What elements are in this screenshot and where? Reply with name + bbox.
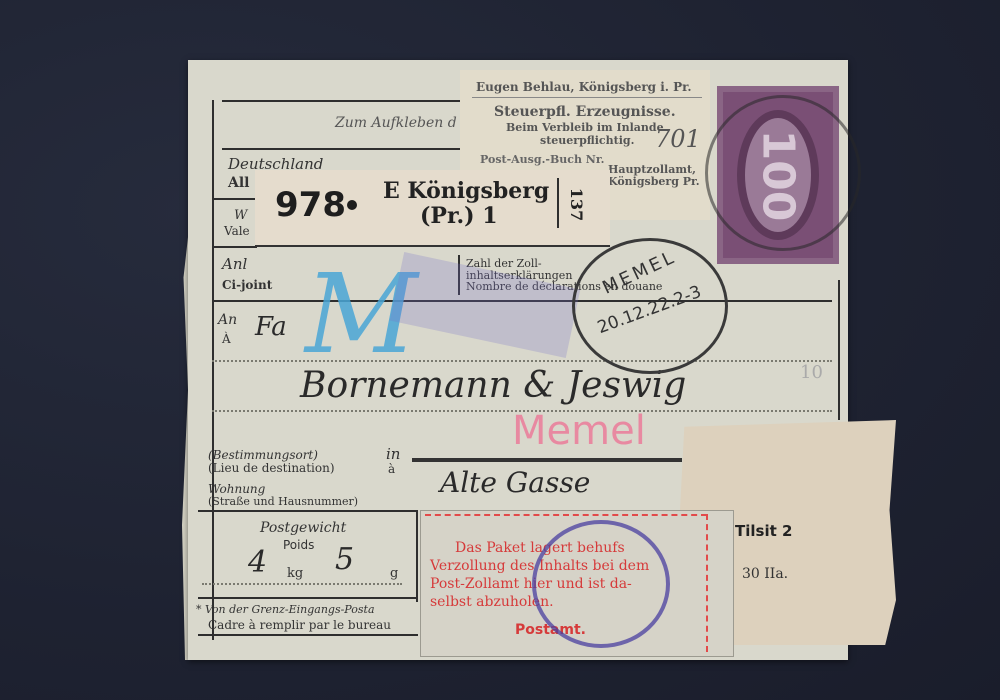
side-number: 10	[800, 362, 823, 383]
parcel-number: 978	[275, 185, 346, 225]
weight-label-de: Postgewicht	[260, 520, 346, 536]
sender-line2: steuerpflichtig.	[540, 134, 634, 147]
dashed-border	[425, 514, 707, 516]
enclosure-label-fr: Ci-joint	[222, 278, 272, 292]
addressee-label-fr: À	[222, 332, 231, 346]
footer-de: * Von der Grenz-Eingangs-Posta	[196, 603, 375, 616]
g-unit: g	[390, 566, 398, 581]
form-left-border	[212, 100, 214, 640]
kg-unit: kg	[287, 566, 303, 581]
memel-destination-stamp: Memel	[512, 408, 646, 454]
office-line2: (Pr.) 1	[420, 203, 498, 229]
pencil-number: 701	[655, 125, 701, 153]
rule	[212, 198, 257, 200]
office-line1: E Königsberg	[383, 178, 549, 204]
form-right-border	[838, 280, 840, 420]
sender-line3: Post-Ausg.-Buch Nr.	[480, 153, 604, 166]
footer-fr: Cadre à remplir par le bureau	[208, 618, 391, 632]
in-label-fr: à	[388, 462, 395, 476]
value-label-fr: Vale	[224, 224, 250, 238]
star-mark-icon	[347, 200, 357, 210]
dashed-border	[706, 514, 708, 652]
rule	[222, 148, 462, 150]
dotted-line	[202, 583, 402, 585]
sender-company: Eugen Behlau, Königsberg i. Pr.	[476, 80, 692, 94]
tilsit-line1: Tilsit 2	[735, 522, 792, 540]
violet-customs-postmark	[532, 520, 670, 648]
rule	[222, 100, 462, 102]
parcel-side-number: 137	[567, 188, 586, 221]
sender-title: Steuerpfl. Erzeugnisse.	[494, 104, 676, 120]
weight-label-fr: Poids	[283, 538, 314, 552]
header-gothic-text: Zum Aufkleben d	[335, 115, 457, 131]
tilsit-line2: 30 IIa.	[742, 566, 788, 582]
sender-line1: Beim Verbleib im Inlande	[506, 121, 664, 134]
weight-kg-value: 4	[248, 545, 267, 580]
firm-prefix: Fa	[255, 312, 287, 342]
destination-label-fr: (Lieu de destination)	[208, 461, 335, 475]
sender-line5: Königsberg Pr.	[608, 175, 700, 188]
divider	[416, 512, 418, 602]
rule	[212, 246, 257, 248]
in-label-de: in	[386, 445, 400, 463]
destination-bar	[412, 458, 682, 462]
rule	[198, 597, 418, 599]
value-label-de: W	[234, 208, 247, 223]
street-label-de: Wohnung	[208, 482, 265, 496]
addressee-label-de: An	[218, 312, 237, 328]
street-label-fr: (Straße und Hausnummer)	[208, 495, 358, 508]
destination-label-de: (Bestimmungsort)	[208, 448, 318, 462]
rule	[198, 634, 418, 636]
street-handwritten: Alte Gasse	[440, 466, 590, 499]
stamp-cancel-postmark	[705, 95, 861, 251]
country-label-fr: All	[228, 175, 250, 191]
weight-g-value: 5	[335, 542, 354, 577]
divider	[557, 178, 559, 228]
enclosure-label-de: Anl	[222, 255, 247, 273]
rule	[198, 510, 418, 512]
rule	[472, 97, 702, 98]
